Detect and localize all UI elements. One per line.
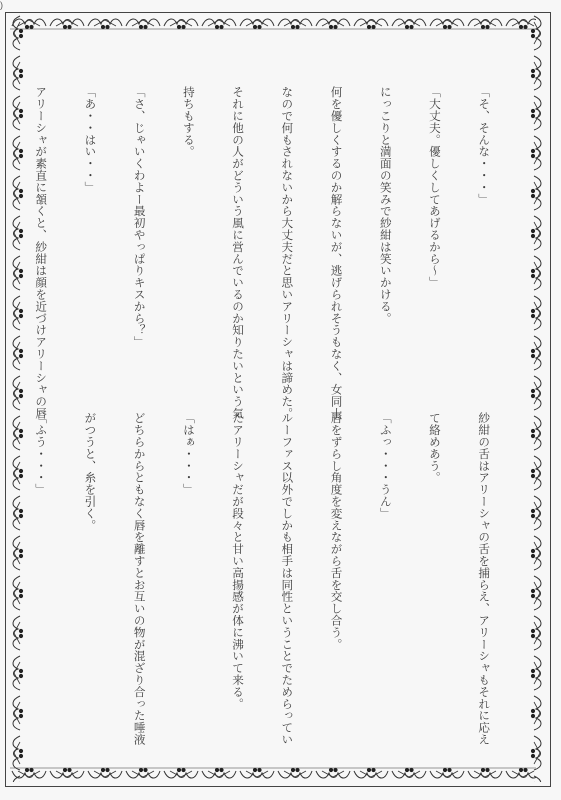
text-line: アリーシャが素直に頷くと、紗紺は顔を近づけアリーシャの唇 <box>33 86 49 386</box>
text-line: それに他の人がどういう風に営んでいるのか知りたいという気 <box>230 86 246 386</box>
text-line: 何を優しくするのか解らないが、逃げられそうもなく、女同士 <box>328 86 344 386</box>
text-line: にっこりと満面の笑みで紗紺は笑いかける。 <box>377 86 393 386</box>
text-line: 「ふっ・・・うん」 <box>377 412 393 722</box>
text-line: 「そ、そんな・・・」 <box>476 86 492 386</box>
text-line: ルーファス以外でしかも相手は同性ということでためらってい <box>279 412 295 722</box>
text-line: 「はぁ・・・」 <box>180 412 196 722</box>
ornament-border-top <box>10 14 536 32</box>
text-line: 「さ、じゃいくわよー最初やっぱりキスから？」 <box>131 86 147 386</box>
text-line: 「ふう・・・」 <box>33 412 49 722</box>
text-line: がつうと、糸を引く。 <box>82 412 98 722</box>
text-line: 唇をずらし角度を変えながら舌を交し合う。 <box>328 412 344 722</box>
text-line: 「あ・・はい・・」 <box>82 86 98 386</box>
text-line: たアリーシャだが段々と甘い高揚感が体に沸いて来る。 <box>230 412 246 722</box>
text-line: 「大丈夫。優しくしてあげるから～」 <box>427 86 443 386</box>
text-line: どちらからともなく唇を離すとお互いの物が混ざり合った唾液 <box>131 412 147 722</box>
lower-text-block: 紗紺の舌はアリーシャの舌を捕らえ、アリーシャもそれに応え て絡めあう。 「ふっ・… <box>0 412 525 722</box>
text-line: て絡めあう。 <box>427 412 443 722</box>
text-line: 紗紺の舌はアリーシャの舌を捕らえ、アリーシャもそれに応え <box>476 412 492 722</box>
text-line: なので何もされないから大丈夫だと思いアリーシャは諦めた。 <box>279 86 295 386</box>
upper-text-block: 「そ、そんな・・・」 「大丈夫。優しくしてあげるから～」 にっこりと満面の笑みで… <box>0 86 525 386</box>
page-edge-mark: ) <box>0 0 3 10</box>
ornament-border-right <box>528 14 546 782</box>
text-line: 持ちもする。 <box>180 86 196 386</box>
ornament-border-bottom <box>10 765 536 783</box>
